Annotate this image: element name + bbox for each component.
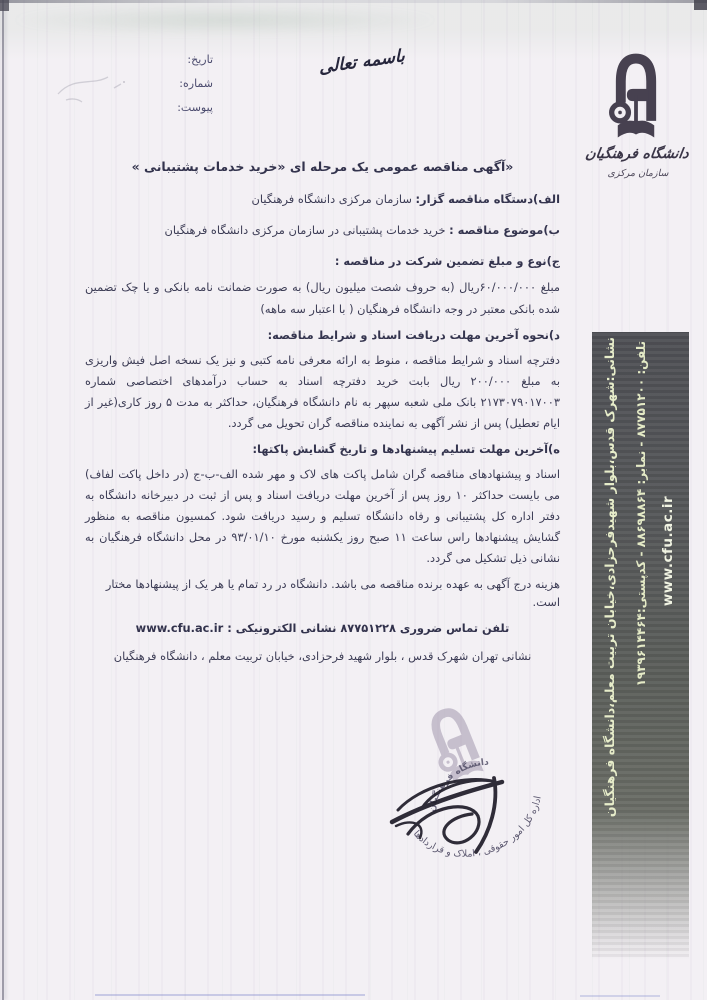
scan-bottom-line xyxy=(95,994,365,996)
scan-corner-mark-right xyxy=(694,0,707,10)
tender-title: «آگهی مناقصه عمومی یک مرحله ای «خرید خدم… xyxy=(85,158,560,176)
scan-bottom-line-2 xyxy=(580,995,660,997)
tender-agency-line: الف)دستگاه مناقصه گزار: سازمان مرکزی دان… xyxy=(85,190,560,208)
scan-smudge xyxy=(10,6,440,34)
guarantee-heading: ج)نوع و مبلغ تضمین شرکت در مناقصه : xyxy=(85,252,560,270)
sidebar-phone-fax-postal: تلفن: ۸۷۷۵۱۲۰۰ - نمابر: ۸۸۶۹۸۸۶۴ - کدپست… xyxy=(629,341,654,771)
agency-value: سازمان مرکزی دانشگاه فرهنگیان xyxy=(252,192,412,206)
scan-left-edge xyxy=(2,0,4,1000)
office-stamp: دانشگاه فرهنگیان اداره کل امور حقوقی ، ا… xyxy=(378,692,562,881)
documents-paragraph: دفترچه اسناد و شرایط مناقصه ، منوط به ار… xyxy=(85,350,560,434)
signature-scribble xyxy=(392,778,502,852)
attachment-label: پیوست: xyxy=(143,96,213,120)
documents-heading: د)نحوه آخرین مهلت دریافت اسناد و شرایط م… xyxy=(85,326,560,344)
bismillah-calligraphy: باسمه تعالی xyxy=(312,45,412,79)
date-label: تاریخ: xyxy=(143,48,213,72)
university-unit: سازمان مرکزی xyxy=(598,168,678,179)
deadline-paragraph: اسناد و پیشنهادهای مناقصه گران شامل پاکت… xyxy=(85,464,560,569)
tender-document-body: «آگهی مناقصه عمومی یک مرحله ای «خرید خدم… xyxy=(85,158,560,665)
header-meta: تاریخ: شماره: پیوست: xyxy=(143,48,213,120)
emergency-contact-line: تلفن تماس ضروری ۸۷۷۵۱۲۲۸ نشانی الکترونیک… xyxy=(85,619,560,638)
agency-label: الف)دستگاه مناقصه گزار: xyxy=(415,192,560,206)
university-emblem-icon xyxy=(598,44,674,146)
stamp-signature-cluster: دانشگاه فرهنگیان اداره کل امور حقوقی ، ا… xyxy=(378,692,563,882)
cost-note: هزینه درج آگهی به عهده برنده مناقصه می ب… xyxy=(85,575,560,611)
scanned-tender-document-page: تاریخ: شماره: پیوست: باسمه تعالی دانشگاه… xyxy=(0,0,707,1000)
sidebar-address: نشانی:شهرک قدس،بلوار شهیدفرحزادی،خیابان … xyxy=(597,337,622,792)
postal-address-line: نشانی تهران شهرک قدس ، بلوار شهید فرحزاد… xyxy=(85,647,560,665)
scan-corner-mark-left xyxy=(0,0,9,11)
university-name: دانشگاه فرهنگیان xyxy=(577,146,697,162)
tender-subject-line: ب)موضوع مناقصه : خرید خدمات پشتیبانی در … xyxy=(85,221,560,239)
number-label: شماره: xyxy=(143,72,213,96)
deadline-heading: ه)آخرین مهلت تسلیم پیشنهادها و تاریخ گشا… xyxy=(85,440,560,458)
subject-value: خرید خدمات پشتیبانی در سازمان مرکزی دانش… xyxy=(165,223,446,237)
scan-top-edge xyxy=(0,0,707,3)
guarantee-paragraph: مبلغ ۶۰/۰۰۰/۰۰۰ریال (به حروف شصت میلیون … xyxy=(85,276,560,320)
pencil-scribble xyxy=(52,62,152,107)
subject-label: ب)موضوع مناقصه : xyxy=(449,223,560,237)
sidebar-website: www.cfu.ac.ir xyxy=(657,341,680,761)
